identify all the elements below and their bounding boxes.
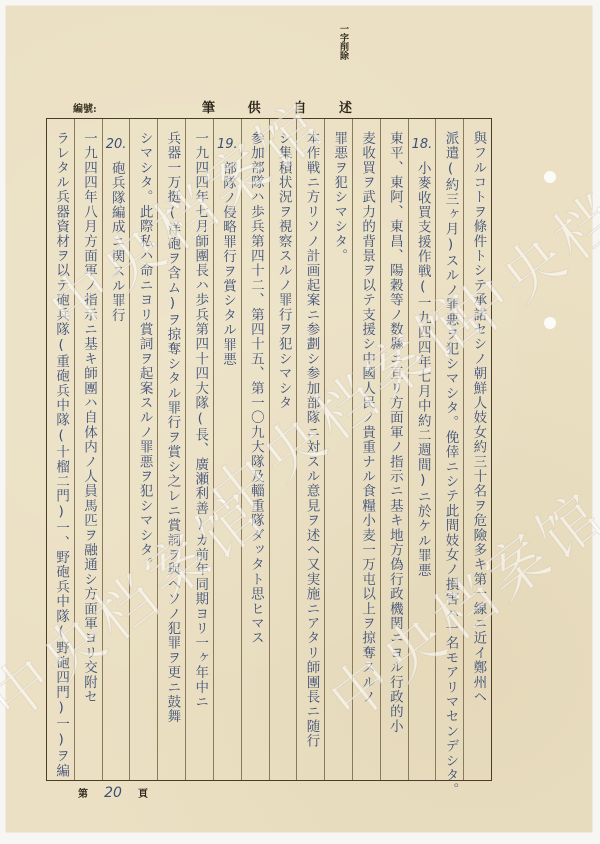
manuscript-column: 20.砲兵隊編成ニ関スル罪行	[102, 119, 130, 780]
code-label: 編號:	[73, 100, 97, 115]
manuscript-column: シ集積状況ヲ視察スルノ罪行ヲ犯シマシタ	[269, 119, 297, 780]
column-text: 麦收買ヲ武力的背景ヲ以テ支援シ中國人民ノ貴重ナル食糧小麦一万屯以上ヲ掠奪スルノ	[360, 131, 374, 704]
manuscript-column: 麦收買ヲ武力的背景ヲ以テ支援シ中國人民ノ貴重ナル食糧小麦一万屯以上ヲ掠奪スルノ	[352, 119, 380, 780]
title-char-1: 筆	[202, 97, 215, 116]
column-text: 派遣(約三ヶ月)スルノ罪悪ヲ犯シマシタ。俛倖ニシテ此間妓女ノ損害ハ一名モアリマセ…	[443, 131, 457, 798]
column-text: 参加部隊ハ歩兵第四十二、第四十五、第一〇九大隊及輜重隊ダッタト思ヒマス	[248, 131, 262, 646]
manuscript-column: 18.小麥收買支援作戦(一九四四年七月中約二週間)ニ於ケル罪悪	[408, 119, 436, 780]
column-text: 部隊ノ侵略罪行ヲ賞シタル罪悪	[221, 161, 235, 367]
manuscript-column: 19.部隊ノ侵略罪行ヲ賞シタル罪悪	[213, 119, 241, 780]
correction-stamp: 一字削除	[336, 24, 350, 60]
manuscript-column: 東平、東阿、東昌、陽穀等ノ数縣ニ亘リ方面軍ノ指示ニ基キ地方偽行政機関ニヨル行政的…	[380, 119, 408, 780]
manuscript-column: 派遣(約三ヶ月)スルノ罪悪ヲ犯シマシタ。俛倖ニシテ此間妓女ノ損害ハ一名モアリマセ…	[435, 119, 463, 780]
footer-prefix: 第	[78, 785, 88, 800]
column-text: 小麥收買支援作戦(一九四四年七月中約二週間)ニ於ケル罪悪	[415, 161, 429, 578]
section-number: 20.	[106, 137, 127, 152]
manuscript-column: ラレタル兵器資材ヲ以テ砲兵隊(重砲兵中隊(十榴二門)一、野砲兵中隊(野砲四門)一…	[47, 119, 74, 780]
title-char-4: 述	[339, 97, 352, 116]
column-text: 罪悪ヲ犯シマシタ。	[332, 131, 346, 263]
column-text: 東平、東阿、東昌、陽穀等ノ数縣ニ亘リ方面軍ノ指示ニ基キ地方偽行政機関ニヨル行政的…	[387, 131, 401, 734]
column-text: 一九四四年七月師團長ハ歩兵第四十四大隊(長、廣瀬利善)カ前年同期ヨリ一ヶ年中ニ	[193, 131, 207, 709]
manuscript-column: 本作戦ニ方リソノ計画起案ニ参劃シ参加部隊ニ対スル意見ヲ述ヘ又実施ニアタリ師團長ニ…	[296, 119, 324, 780]
title-char-3: 自	[293, 97, 306, 116]
column-text: 兵器一万挺(洋砲ヲ含ム)ヲ掠奪シタル罪行ヲ賞シ之レニ賞詞ヲ與ヘソノ犯罪ヲ更ニ鼓舞	[165, 131, 179, 724]
section-number: 18.	[412, 137, 433, 152]
column-text: シ集積状況ヲ視察スルノ罪行ヲ犯シマシタ	[276, 131, 290, 410]
column-text: 一九四四年八月方面軍ノ指示ニ基キ師團ハ自体内ノ人員馬匹ヲ融通シ方面軍ヨリ交附セ	[81, 131, 95, 704]
footer-suffix: 頁	[138, 785, 148, 800]
manuscript-column: 一九四四年八月方面軍ノ指示ニ基キ師團ハ自体内ノ人員馬匹ヲ融通シ方面軍ヨリ交附セ	[74, 119, 102, 780]
page-title: 筆 供 自 述	[202, 97, 352, 116]
column-text: ラレタル兵器資材ヲ以テ砲兵隊(重砲兵中隊(十榴二門)一、野砲兵中隊(野砲四門)一…	[54, 131, 68, 778]
manuscript-column: シマシタ。此際私ハ命ニヨリ賞詞ヲ起案スルノ罪悪ヲ犯シマシタ。	[129, 119, 157, 780]
manuscript-column: 罪悪ヲ犯シマシタ。	[324, 119, 352, 780]
page-footer: 第 20 頁	[78, 785, 148, 801]
page-number: 20	[104, 785, 122, 801]
manuscript-column: 與フルコトヲ條件トシテ承諾セシノ朝鮮人妓女約三十名ヲ危險多キ第一線ニ近イ鄭州ヘ	[463, 119, 491, 780]
punch-hole-bottom	[544, 317, 556, 329]
column-text: 與フルコトヲ條件トシテ承諾セシノ朝鮮人妓女約三十名ヲ危險多キ第一線ニ近イ鄭州ヘ	[471, 131, 485, 704]
manuscript-column: 参加部隊ハ歩兵第四十二、第四十五、第一〇九大隊及輜重隊ダッタト思ヒマス	[241, 119, 269, 780]
column-text: 本作戦ニ方リソノ計画起案ニ参劃シ参加部隊ニ対スル意見ヲ述ヘ又実施ニアタリ師團長ニ…	[304, 131, 318, 748]
column-text: シマシタ。此際私ハ命ニヨリ賞詞ヲ起案スルノ罪悪ヲ犯シマシタ。	[137, 131, 151, 572]
manuscript-column: 一九四四年七月師團長ハ歩兵第四十四大隊(長、廣瀬利善)カ前年同期ヨリ一ヶ年中ニ	[185, 119, 213, 780]
manuscript-column: 兵器一万挺(洋砲ヲ含ム)ヲ掠奪シタル罪行ヲ賞シ之レニ賞詞ヲ與ヘソノ犯罪ヲ更ニ鼓舞	[157, 119, 185, 780]
column-text: 砲兵隊編成ニ関スル罪行	[109, 161, 123, 323]
manuscript-grid: 與フルコトヲ條件トシテ承諾セシノ朝鮮人妓女約三十名ヲ危險多キ第一線ニ近イ鄭州ヘ派…	[46, 118, 492, 781]
section-number: 19.	[217, 137, 238, 152]
title-char-2: 供	[248, 97, 261, 116]
punch-hole-top	[544, 171, 556, 183]
